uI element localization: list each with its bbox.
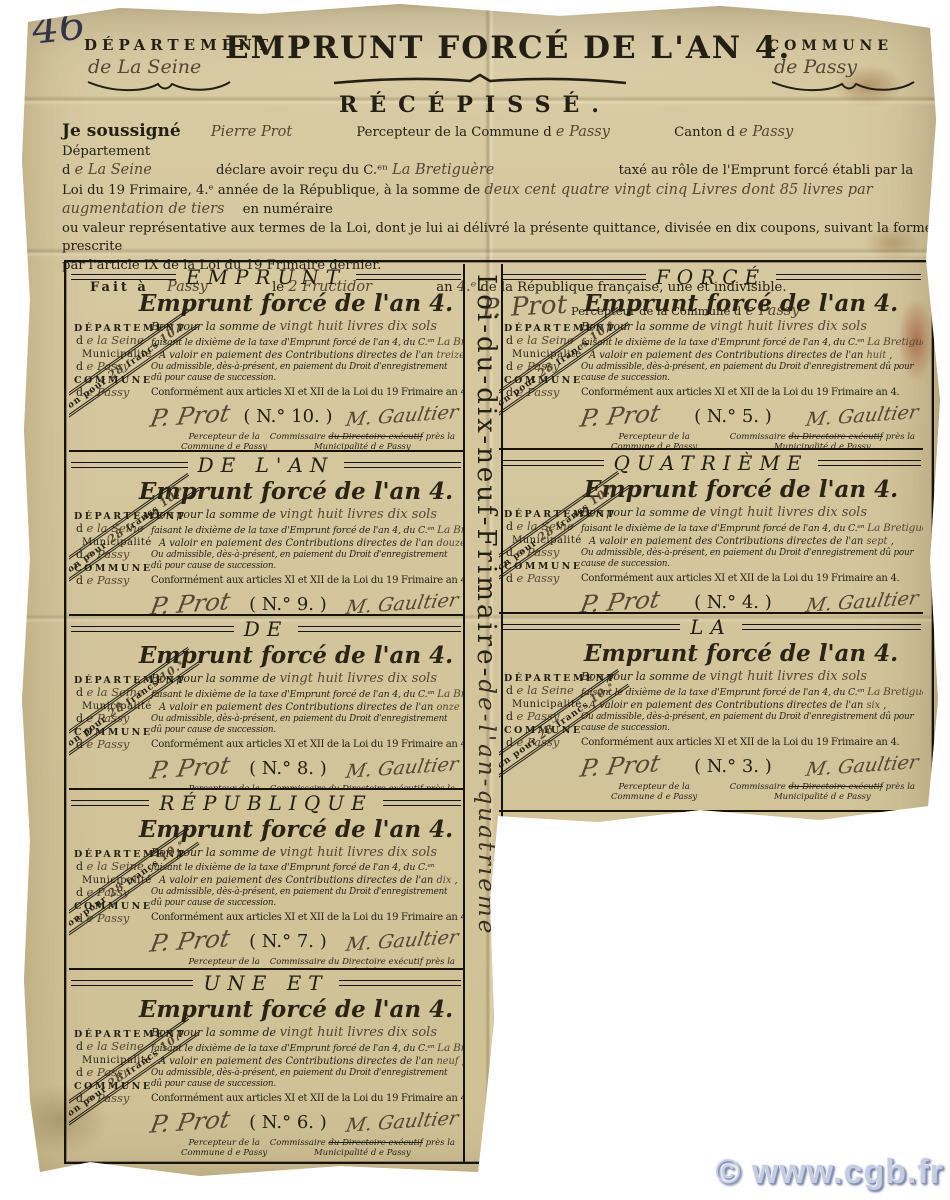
taxe-line: faisant le dixième de la taxe d'Emprunt … — [581, 686, 917, 698]
receipt-line-3: Loi du 19 Frimaire, 4.ᵉ année de la Répu… — [62, 181, 934, 220]
commissaire-strike: du Directoire exécutif — [788, 432, 882, 442]
recepisse-heading: RÉCÉPISSÉ. — [0, 92, 950, 118]
coupon-band-word: QUATRIÈME — [604, 451, 819, 475]
conformement-line: Conformément aux articles XI et XII de l… — [581, 737, 917, 748]
masthead-commune: COMMUNE de Passy — [768, 38, 928, 93]
commune-label: COMMUNE — [768, 38, 928, 54]
coupon-number: ( N.° 8. ) — [249, 758, 327, 779]
coupon-number: ( N.° 4. ) — [694, 592, 772, 613]
contributions-line: A valoir en paiement des Contributions d… — [159, 702, 457, 713]
coupon-word-band: EMPRUNT — [69, 264, 463, 290]
coupon: EMPRUNT Emprunt forcé de l'an 4. DÉPARTE… — [69, 264, 463, 452]
signature-row: P. Prot ( N.° 9. ) M. Gaultier — [151, 588, 457, 616]
commissaire-signature: M. Gaultier — [804, 401, 920, 431]
admissible-line: Ou admissible, dès-à-présent, en paiemen… — [581, 712, 917, 733]
bon-amount-line: Bon pour la somme de vingt huit livres d… — [581, 669, 917, 684]
bon-amount-line: Bon pour la somme de vingt huit livres d… — [151, 671, 457, 686]
title-flourish — [330, 72, 630, 88]
coupon-word-band: DE L'AN — [69, 452, 463, 478]
conformement-line: Conformément aux articles XI et XII de l… — [151, 739, 457, 750]
coupon-number: ( N.° 6. ) — [249, 1112, 327, 1133]
contributions-line: A valoir en paiement des Contributions d… — [159, 875, 457, 886]
receipt-line-2: d e La Seine déclare avoir reçu du C.ᵉⁿ … — [62, 161, 934, 181]
signature-row: P. Prot ( N.° 4. ) M. Gaultier — [581, 586, 917, 614]
conformement-line: Conformément aux articles XI et XII de l… — [581, 573, 917, 584]
commissaire-signature: M. Gaultier — [344, 1107, 460, 1137]
coupon: FORCÉ Emprunt forcé de l'an 4. DÉPARTEME… — [499, 264, 923, 450]
taxe-line: faisant le dixième de la taxe d'Emprunt … — [151, 524, 457, 536]
band-rule — [339, 980, 461, 986]
taxe-line: faisant le dixième de la taxe d'Emprunt … — [151, 336, 457, 348]
bon-amount-line: Bon pour la somme de vingt huit livres d… — [581, 505, 917, 520]
band-rule — [71, 462, 188, 468]
percepteur-signature: P. Prot — [578, 749, 662, 782]
coupon-word-band: UNE ET — [69, 970, 463, 996]
bon-amount-line: Bon pour la somme de vingt huit livres d… — [151, 845, 457, 860]
taxe-line: faisant le dixième de la taxe d'Emprunt … — [151, 688, 457, 700]
coupon-band-word: LA — [680, 615, 742, 639]
contributions-line: A valoir en paiement des Contributions d… — [589, 700, 917, 711]
conformement-line: Conformément aux articles XI et XII de l… — [151, 387, 457, 398]
band-rule — [742, 624, 921, 630]
coupon: UNE ET Emprunt forcé de l'an 4. DÉPARTEM… — [69, 970, 463, 1158]
band-rule — [776, 274, 921, 280]
coupon-band-word: FRANÇAISE — [606, 820, 816, 844]
conformement-line: Conformément aux articles XI et XII de l… — [151, 912, 457, 923]
coupon: DE L'AN Emprunt forcé de l'an 4. DÉPARTE… — [69, 452, 463, 616]
signature-row: P. Prot ( N.° 8. ) M. Gaultier — [151, 752, 457, 784]
percepteur-caption: Percepteur de la Commune d e Passy — [611, 432, 697, 450]
taxe-line: faisant le dixième de la taxe d'Emprunt … — [581, 522, 917, 534]
signature-row: P. Prot ( N.° 10. ) M. Gaultier — [151, 400, 457, 432]
band-rule — [501, 829, 606, 835]
coupon-body: Bon pour la somme de vingt huit livres d… — [581, 505, 923, 614]
handwritten-inventory-number: 46 — [30, 0, 88, 54]
coupon-body: Bon pour la somme de vingt huit livres d… — [151, 319, 463, 452]
percepteur-signature: P. Prot — [148, 751, 232, 784]
captions-row: Percepteur de la Commune d e Passy Commi… — [581, 432, 917, 450]
band-rule — [71, 274, 176, 280]
admissible-line: Ou admissible, dès-à-présent, en paiemen… — [151, 550, 457, 571]
commissaire-signature: M. Gaultier — [344, 401, 460, 431]
admissible-line: Ou admissible, dès-à-présent, en paiemen… — [151, 1068, 457, 1089]
band-rule — [356, 274, 461, 280]
coupon-band-word: DE — [234, 617, 299, 641]
coupon-body: Bon pour la somme de vingt huit livres d… — [581, 319, 923, 450]
contributions-line: A valoir en paiement des Contributions d… — [159, 1056, 457, 1067]
coupon-word-band: RÉPUBLIQUE — [69, 790, 463, 816]
paper-sheet: 46 DÉPARTEMENT de La Seine EMPRUNT FORCÉ… — [0, 0, 950, 1200]
taxe-line: faisant le dixième de la taxe d'Emprunt … — [581, 336, 917, 348]
percepteur-signature: P. Prot — [578, 399, 662, 432]
taxe-line: faisant le dixième de la taxe d'Emprunt … — [151, 862, 457, 873]
contributions-line: A valoir en paiement des Contributions d… — [159, 350, 457, 361]
coupon-column-right: FORCÉ Emprunt forcé de l'an 4. DÉPARTEME… — [499, 264, 923, 852]
coupon-band-word: EMPRUNT — [176, 265, 356, 289]
coupon-column-left: EMPRUNT Emprunt forcé de l'an 4. DÉPARTE… — [69, 264, 463, 1158]
coupon-body: Bon pour la somme de vingt huit livres d… — [151, 845, 463, 970]
coupon-number: ( N.° 10. ) — [243, 406, 332, 427]
commissaire-strike: du Directoire exécutif — [328, 432, 422, 442]
coupon-number: ( N.° 9. ) — [249, 594, 327, 615]
commissaire-signature: M. Gaultier — [344, 589, 460, 616]
coupon-body: Bon pour la somme de vingt huit livres d… — [151, 671, 463, 790]
receipt-line-4: ou valeur représentative aux termes de l… — [62, 220, 934, 257]
commissaire-signature: M. Gaultier — [804, 751, 920, 781]
commissaire-strike: du Directoire exécutif — [328, 1138, 422, 1148]
commissaire-strike: du Directoire exécutif — [328, 957, 422, 967]
percepteur-signature: P. Prot — [148, 924, 232, 957]
coupon-body: Bon pour la somme de vingt huit livres d… — [151, 1025, 463, 1158]
commissaire-caption: Commissaire du Directoire exécutif près … — [270, 957, 455, 970]
coupon-body: Bon pour la somme de vingt huit livres d… — [151, 507, 463, 616]
commissaire-strike: du Directoire exécutif — [788, 782, 882, 792]
band-rule — [501, 460, 604, 466]
captions-row: Percepteur de la Commune d e Passy Commi… — [581, 782, 917, 802]
commissaire-caption: Commissaire du Directoire exécutif près … — [270, 432, 455, 452]
conformement-line: Conformément aux articles XI et XII de l… — [581, 387, 917, 398]
commune-handwritten: de Passy — [774, 56, 928, 78]
captions-row: Percepteur de la Commune d e Passy Commi… — [151, 432, 457, 452]
captions-row: Percepteur de la Commune d e Passy Commi… — [151, 1138, 457, 1158]
admissible-line: Ou admissible, dès-à-présent, en paiemen… — [581, 548, 917, 569]
band-rule — [298, 626, 461, 632]
commissaire-caption: Commissaire du Directoire exécutif près … — [730, 782, 915, 802]
cgb-watermark: © www.cgb.fr — [716, 1153, 944, 1192]
percepteur-caption: Percepteur de la Commune d e Passy — [181, 432, 267, 452]
contributions-line: A valoir en paiement des Contributions d… — [589, 536, 917, 547]
coupon-number: ( N.° 3. ) — [694, 756, 772, 777]
conformement-line: Conformément aux articles XI et XII de l… — [151, 1093, 457, 1104]
coupon-script-title: Emprunt forcé de l'an 4. — [129, 290, 463, 317]
coupon: DE Emprunt forcé de l'an 4. DÉPARTEMENT … — [69, 616, 463, 790]
captions-row: Percepteur de la Commune d e Passy Commi… — [151, 957, 457, 970]
percepteur-caption: Percepteur de la Commune d e Passy — [181, 1138, 267, 1158]
coupon-body: Bon pour la somme de vingt huit livres d… — [581, 669, 923, 802]
coupon: LA Emprunt forcé de l'an 4. DÉPARTEMENT … — [499, 614, 923, 812]
contributions-line: A valoir en paiement des Contributions d… — [159, 538, 457, 549]
signature-row: P. Prot ( N.° 6. ) M. Gaultier — [151, 1106, 457, 1138]
coupon-word-band: QUATRIÈME — [499, 450, 923, 476]
taxe-line: faisant le dixième de la taxe d'Emprunt … — [151, 1042, 457, 1054]
torn-coupon-word-band: FRANÇAISE — [499, 812, 923, 852]
coupon: QUATRIÈME Emprunt forcé de l'an 4. DÉPAR… — [499, 450, 923, 614]
receipt-line-1: Je soussigné Pierre Prot Percepteur de l… — [62, 122, 934, 161]
brace-flourish — [84, 79, 234, 93]
coupon-number: ( N.° 7. ) — [249, 931, 327, 952]
coupon-word-band: DE — [69, 616, 463, 642]
band-rule — [816, 829, 921, 835]
band-rule — [344, 462, 461, 468]
band-rule — [71, 800, 149, 806]
admissible-line: Ou admissible, dès-à-présent, en paiemen… — [581, 362, 917, 383]
brace-flourish — [768, 79, 918, 93]
coupon-script-title: Emprunt forcé de l'an 4. — [559, 640, 923, 667]
commissaire-signature: M. Gaultier — [804, 587, 920, 614]
signature-row: P. Prot ( N.° 7. ) M. Gaultier — [151, 925, 457, 957]
coupon-band-word: RÉPUBLIQUE — [149, 791, 382, 815]
document-title: EMPRUNT FORCÉ DE L'AN 4. — [225, 30, 755, 66]
admissible-line: Ou admissible, dès-à-présent, en paiemen… — [151, 887, 457, 908]
control-strip-vertical-text: Loi-du-dix-neuf-Frimaire-de-l'an-quatriè… — [463, 264, 503, 1162]
signature-row: P. Prot ( N.° 3. ) M. Gaultier — [581, 750, 917, 782]
coupon-word-band: FORCÉ — [499, 264, 923, 290]
coupon-number: ( N.° 5. ) — [694, 406, 772, 427]
bon-amount-line: Bon pour la somme de vingt huit livres d… — [151, 507, 457, 522]
admissible-line: Ou admissible, dès-à-présent, en paiemen… — [151, 362, 457, 383]
percepteur-signature: P. Prot — [578, 585, 662, 614]
admissible-line: Ou admissible, dès-à-présent, en paiemen… — [151, 714, 457, 735]
percepteur-caption: Percepteur de la Commune d e Passy — [611, 782, 697, 802]
coupon-script-title: Emprunt forcé de l'an 4. — [129, 996, 463, 1023]
percepteur-signature: P. Prot — [148, 587, 232, 616]
commissaire-caption: Commissaire du Directoire exécutif près … — [270, 1138, 455, 1158]
conformement-line: Conformément aux articles XI et XII de l… — [151, 575, 457, 586]
band-rule — [383, 800, 461, 806]
band-rule — [501, 274, 646, 280]
band-rule — [818, 460, 921, 466]
band-rule — [71, 980, 193, 986]
coupon: RÉPUBLIQUE Emprunt forcé de l'an 4. DÉPA… — [69, 790, 463, 970]
percepteur-signature: P. Prot — [148, 399, 232, 432]
band-rule — [501, 624, 680, 630]
coupon-band-word: FORCÉ — [646, 265, 776, 289]
coupons-grid-box: EMPRUNT Emprunt forcé de l'an 4. DÉPARTE… — [64, 260, 934, 1164]
contributions-line: A valoir en paiement des Contributions d… — [589, 350, 917, 361]
band-rule — [71, 626, 234, 632]
signature-row: P. Prot ( N.° 5. ) M. Gaultier — [581, 400, 917, 432]
commissaire-signature: M. Gaultier — [344, 926, 460, 956]
percepteur-signature: P. Prot — [148, 1105, 232, 1138]
coupon-word-band: LA — [499, 614, 923, 640]
percepteur-caption: Percepteur de la Commune d e Passy — [181, 957, 267, 970]
coupon-band-word: UNE ET — [193, 971, 338, 995]
commissaire-caption: Commissaire du Directoire exécutif près … — [730, 432, 915, 450]
commissaire-signature: M. Gaultier — [344, 753, 460, 783]
scanned-document: 46 DÉPARTEMENT de La Seine EMPRUNT FORCÉ… — [0, 0, 950, 1200]
coupon-band-word: DE L'AN — [188, 453, 345, 477]
bon-amount-line: Bon pour la somme de vingt huit livres d… — [581, 319, 917, 334]
